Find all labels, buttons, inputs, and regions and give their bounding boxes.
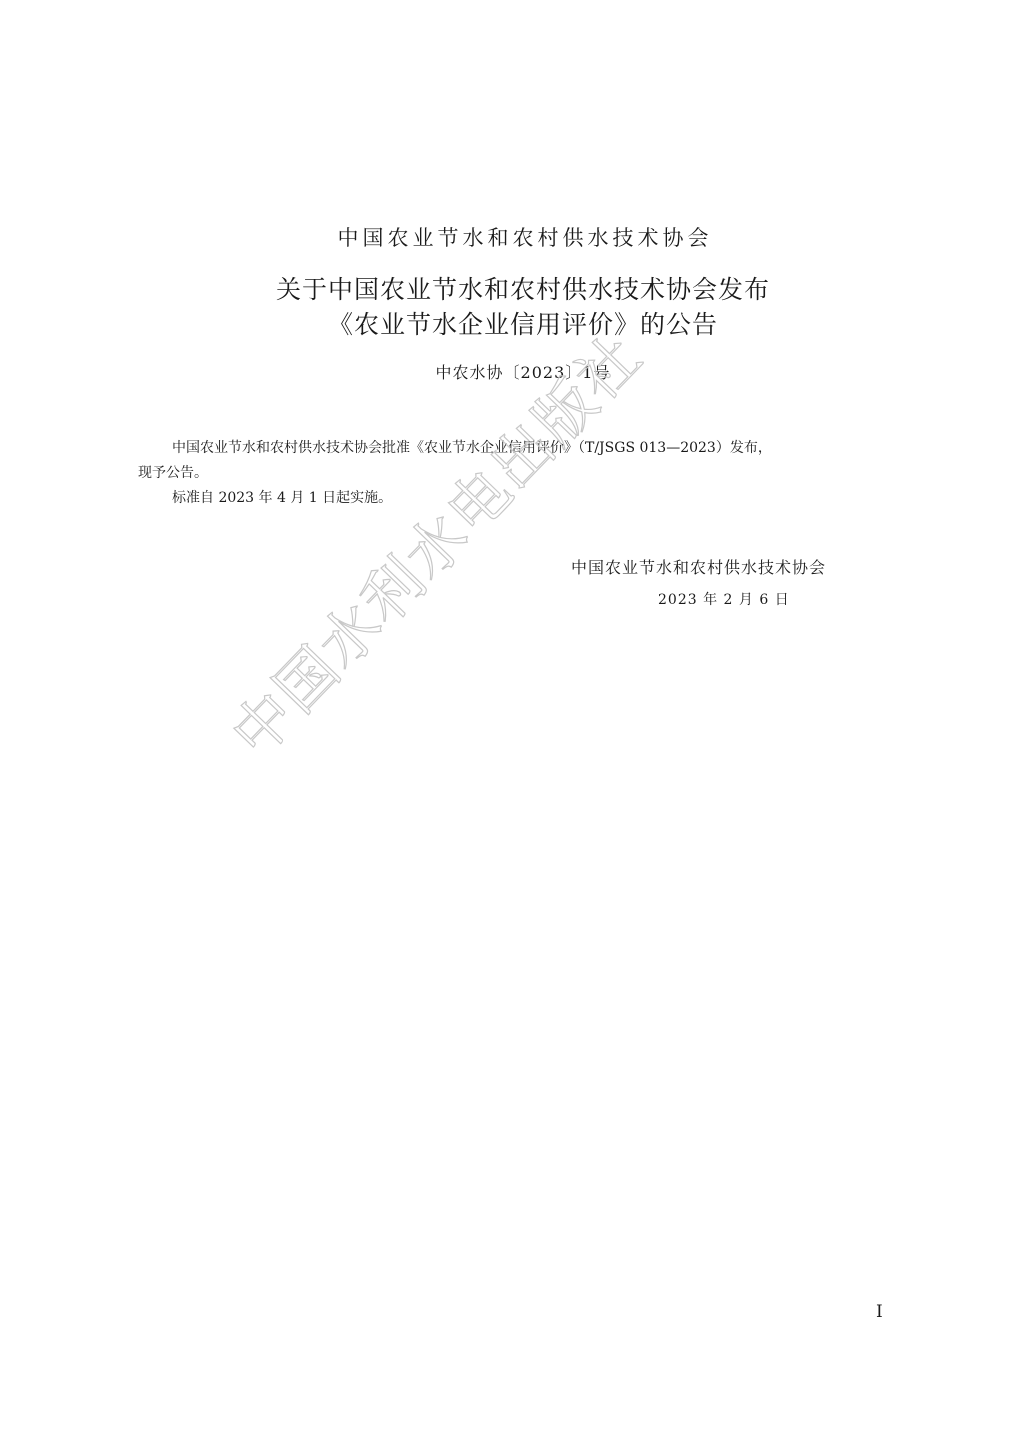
signature-organization: 中国农业节水和农村供水技术协会 [571,555,826,578]
document-number: 中农水协〔2023〕1号 [0,360,1020,383]
body-paragraph-1-line-2: 现予公告。 [138,461,918,486]
announcement-title-line2: 《农业节水企业信用评价》的公告 [0,307,1020,342]
body-paragraph-2: 标准自 2023 年 4 月 1 日起实施。 [138,486,918,511]
announcement-title: 关于中国农业节水和农村供水技术协会发布 《农业节水企业信用评价》的公告 [0,272,1020,342]
document-page: 中国农业节水和农村供水技术协会 关于中国农业节水和农村供水技术协会发布 《农业节… [0,0,1020,1431]
announcement-title-line1: 关于中国农业节水和农村供水技术协会发布 [0,272,1020,307]
announcement-body: 中国农业节水和农村供水技术协会批准《农业节水企业信用评价》（T/JSGS 013… [138,436,918,511]
page-number: I [876,1302,883,1322]
body-paragraph-1-line-1: 中国农业节水和农村供水技术协会批准《农业节水企业信用评价》（T/JSGS 013… [138,436,918,461]
organization-title: 中国农业节水和农村供水技术协会 [0,222,1020,252]
signature-date: 2023 年 2 月 6 日 [658,589,790,609]
